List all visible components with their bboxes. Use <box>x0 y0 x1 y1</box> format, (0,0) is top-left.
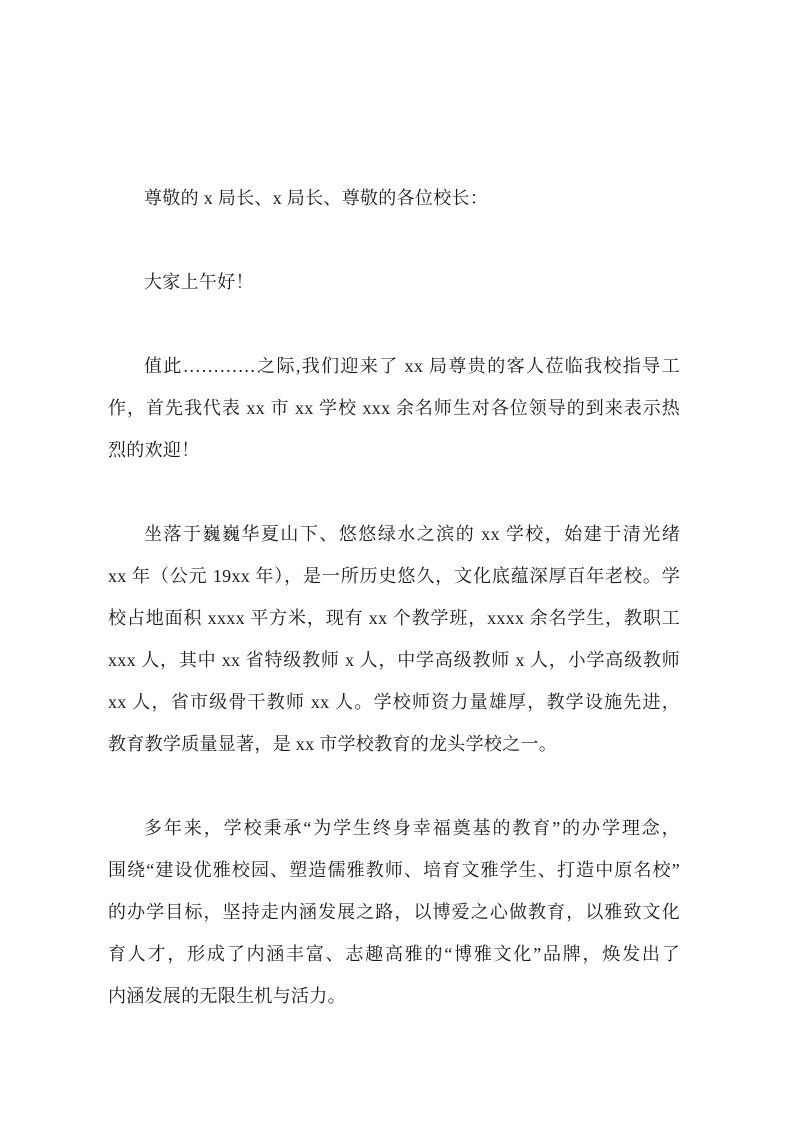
text-line: 作，首先我代表 xx 市 xx 学校 xxx 余名师生对各位领导的到来表示热 <box>108 387 680 429</box>
text-line: 坐落于巍巍华夏山下、悠悠绿水之滨的 xx 学校，始建于清光绪 <box>108 513 680 555</box>
text-line: xx 年（公元 19xx 年），是一所历史悠久，文化底蕴深厚百年老校。学 <box>108 555 680 597</box>
paragraph-philosophy: 多年来，学校秉承“为学生终身幸福奠基的教育”的办学理念， 围绕“建设优雅校园、塑… <box>108 807 680 1017</box>
paragraph-school-intro: 坐落于巍巍华夏山下、悠悠绿水之滨的 xx 学校，始建于清光绪 xx 年（公元 1… <box>108 513 680 765</box>
text-line: 校占地面积 xxxx 平方米，现有 xx 个教学班，xxxx 余名学生，教职工 <box>108 597 680 639</box>
text-line: 多年来，学校秉承“为学生终身幸福奠基的教育”的办学理念， <box>108 807 680 849</box>
text-line: xxx 人，其中 xx 省特级教师 x 人，中学高级教师 x 人，小学高级教师 <box>108 639 680 681</box>
text-line: 育人才，形成了内涵丰富、志趣高雅的“博雅文化”品牌，焕发出了 <box>108 933 680 975</box>
text-line: 烈的欢迎！ <box>108 429 680 471</box>
text-line: 尊敬的 x 局长、x 局长、尊敬的各位校长： <box>108 177 680 219</box>
text-line: 围绕“建设优雅校园、塑造儒雅教师、培育文雅学生、打造中原名校” <box>108 849 680 891</box>
text-line: 的办学目标，坚持走内涵发展之路，以博爱之心做教育，以雅致文化 <box>108 891 680 933</box>
text-line: 内涵发展的无限生机与活力。 <box>108 975 680 1017</box>
text-line: 大家上午好！ <box>108 261 680 303</box>
paragraph-salutation: 尊敬的 x 局长、x 局长、尊敬的各位校长： <box>108 177 680 219</box>
document-page: 尊敬的 x 局长、x 局长、尊敬的各位校长： 大家上午好！ 值此…………之际,我… <box>0 0 793 1122</box>
paragraph-greeting: 大家上午好！ <box>108 261 680 303</box>
text-line: xx 人，省市级骨干教师 xx 人。学校师资力量雄厚，教学设施先进， <box>108 681 680 723</box>
text-line: 教育教学质量显著，是 xx 市学校教育的龙头学校之一。 <box>108 723 680 765</box>
text-line: 值此…………之际,我们迎来了 xx 局尊贵的客人莅临我校指导工 <box>108 345 680 387</box>
paragraph-welcome: 值此…………之际,我们迎来了 xx 局尊贵的客人莅临我校指导工 作，首先我代表 … <box>108 345 680 471</box>
